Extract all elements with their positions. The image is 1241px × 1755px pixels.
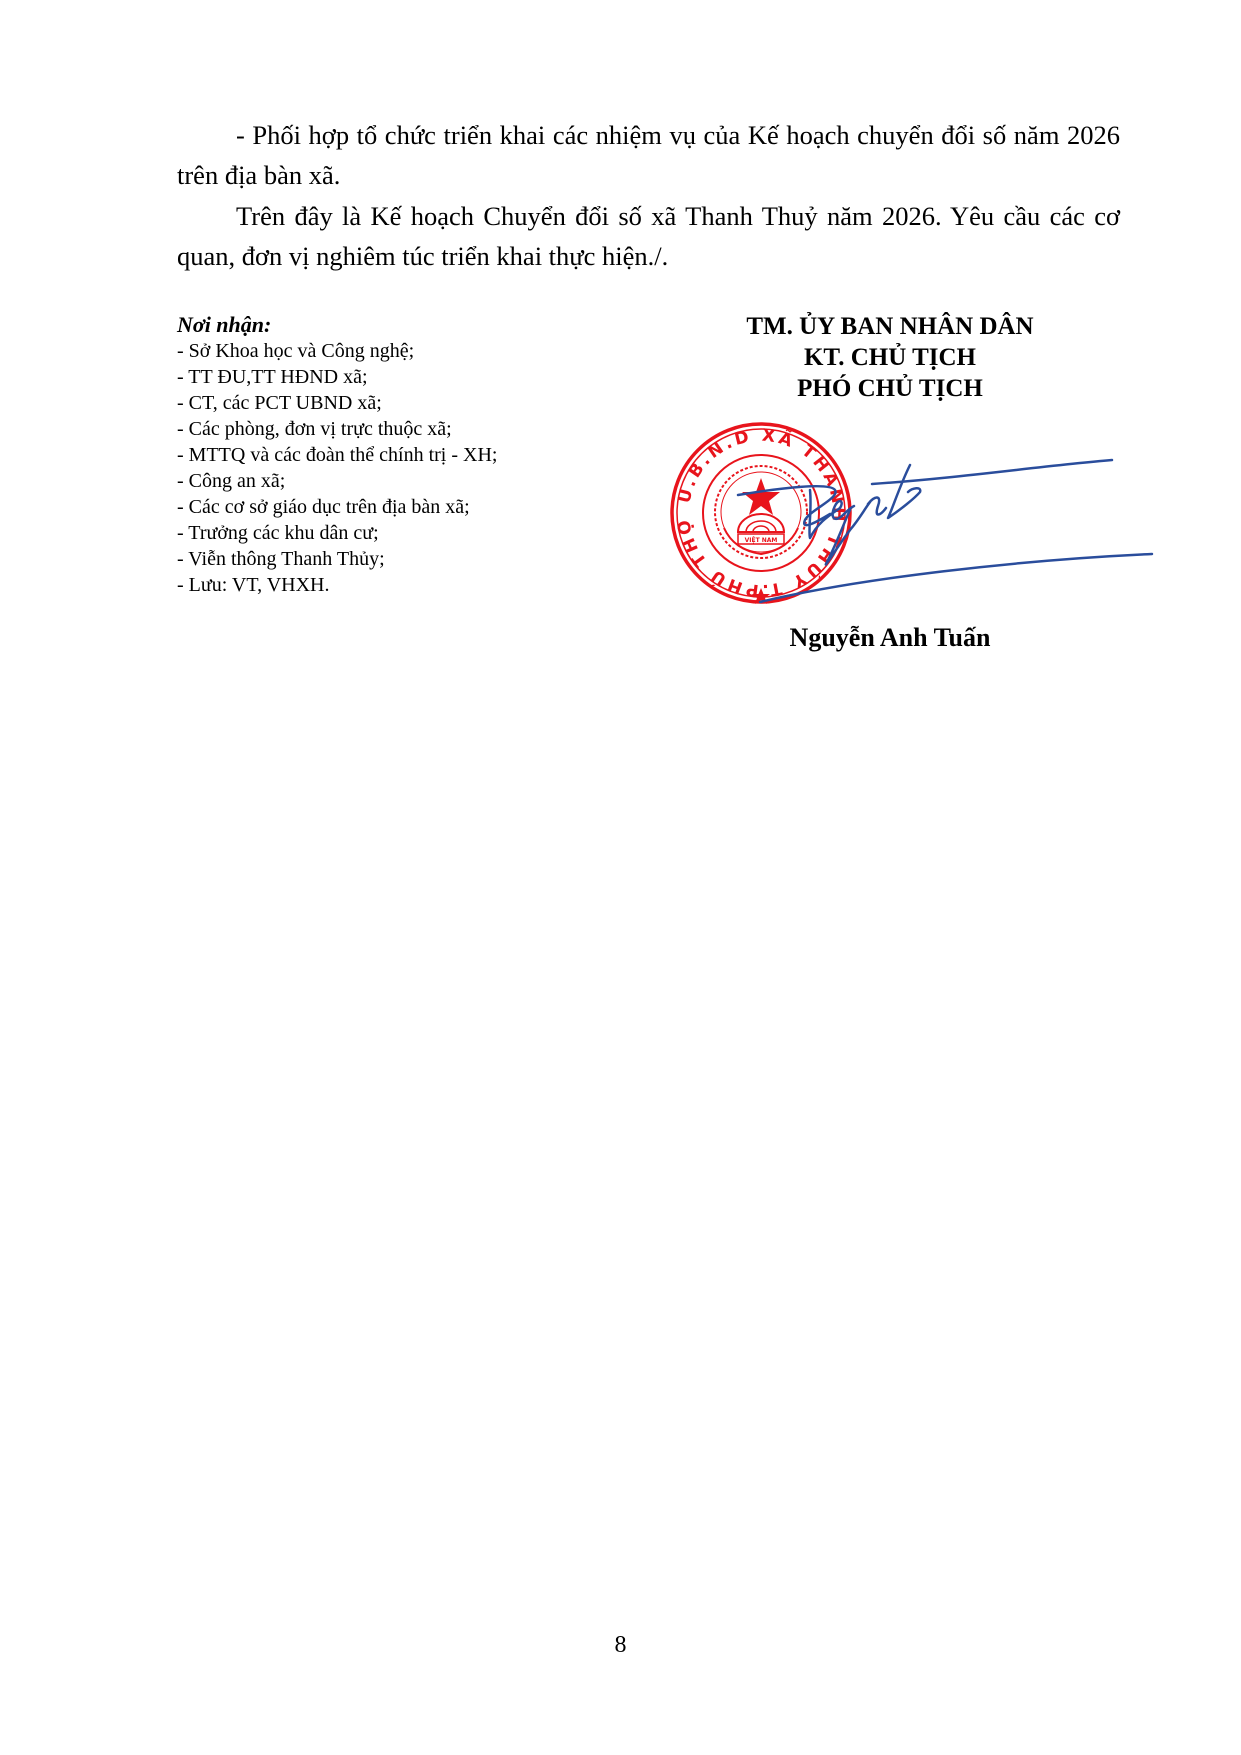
- recipient-item: - Các phòng, đơn vị trực thuộc xã;: [177, 416, 497, 442]
- recipient-item: - MTTQ và các đoàn thể chính trị - XH;: [177, 442, 497, 468]
- recipient-item: - Viễn thông Thanh Thủy;: [177, 546, 497, 572]
- signer-title-block: TM. ỦY BAN NHÂN DÂN KT. CHỦ TỊCH PHÓ CHỦ…: [690, 311, 1090, 404]
- signer-authority-line: KT. CHỦ TỊCH: [690, 342, 1090, 373]
- signer-name: Nguyễn Anh Tuấn: [690, 622, 1090, 654]
- signer-org-line: TM. ỦY BAN NHÂN DÂN: [690, 311, 1090, 342]
- page-number: 8: [0, 1630, 1241, 1660]
- recipient-item: - Trưởng các khu dân cư;: [177, 520, 497, 546]
- paragraph-text: Trên đây là Kế hoạch Chuyển đổi số xã Th…: [177, 196, 1120, 276]
- recipient-item: - Lưu: VT, VHXH.: [177, 572, 497, 598]
- recipients-list: - Sở Khoa học và Công nghệ; - TT ĐU,TT H…: [177, 338, 497, 598]
- recipients-title: Nơi nhận:: [177, 312, 497, 338]
- document-page: - Phối hợp tổ chức triển khai các nhiệm …: [0, 0, 1241, 1755]
- paragraph-text: - Phối hợp tổ chức triển khai các nhiệm …: [177, 115, 1120, 195]
- body-paragraph-closing: Trên đây là Kế hoạch Chuyển đổi số xã Th…: [177, 196, 1120, 276]
- body-paragraph-coordination: - Phối hợp tổ chức triển khai các nhiệm …: [177, 115, 1120, 195]
- recipient-item: - Công an xã;: [177, 468, 497, 494]
- recipient-item: - Các cơ sở giáo dục trên địa bàn xã;: [177, 494, 497, 520]
- signature-icon: [660, 440, 1160, 620]
- recipient-item: - TT ĐU,TT HĐND xã;: [177, 364, 497, 390]
- recipients-block: Nơi nhận: - Sở Khoa học và Công nghệ; - …: [177, 312, 497, 598]
- signer-position-line: PHÓ CHỦ TỊCH: [690, 373, 1090, 404]
- recipient-item: - Sở Khoa học và Công nghệ;: [177, 338, 497, 364]
- recipient-item: - CT, các PCT UBND xã;: [177, 390, 497, 416]
